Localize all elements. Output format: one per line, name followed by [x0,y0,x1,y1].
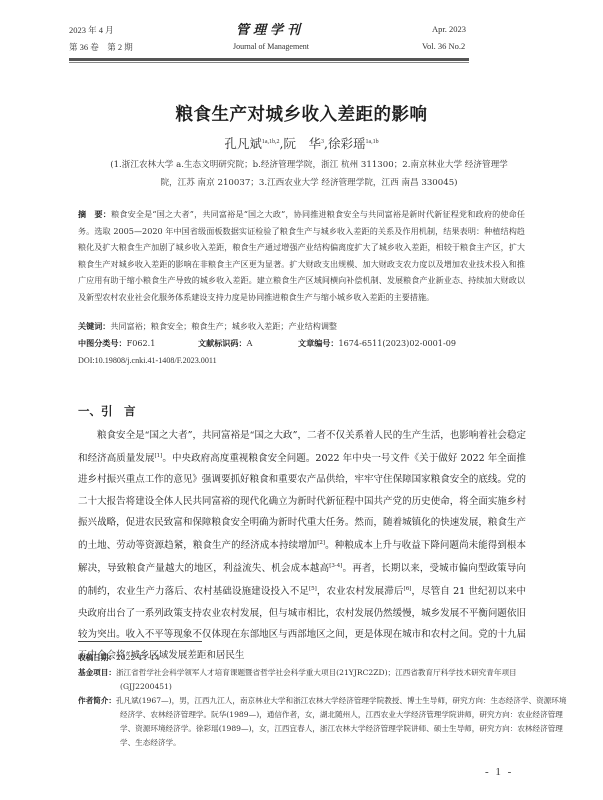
header-volume-cn: 第 36 卷 第 2 期 [69,41,133,53]
footnote-fund: 基金项目：浙江省哲学社会科学领军人才培育课题暨省哲学社会科学重大项目(21YJR… [78,666,568,694]
doc-code-label: 文献标识码： [198,338,247,348]
author-affil-sup: 1a,1b,2 [262,139,280,145]
author-name: 阮 华 [283,136,321,151]
body-paragraph: 粮食安全是“国之大者”，共同富裕是“国之大政”，二者不仅关系着人民的生产生活，也… [78,425,526,666]
received-date: 2022-11-14 [116,653,160,662]
clc-label: 中图分类号： [78,338,127,348]
citation[interactable]: [5] [309,586,317,592]
classification-line: 中图分类号：F062.1文献标识码：A文章编号：1674-6511(2023)0… [78,338,528,349]
citation[interactable]: [2] [317,540,325,546]
footnote-rule [78,641,202,642]
author-name: 孔凡斌 [224,136,262,151]
paper-page: 2023 年 4 月 第 36 卷 第 2 期 管理学刊 Journal of … [0,0,603,800]
keywords: 关键词：共同富裕；粮食安全；粮食生产；城乡收入差距；产业结构调整 [78,321,337,332]
body-text: ，农业农村发展滞后 [317,586,404,597]
received-label: 收稿日期： [78,653,116,662]
keywords-label: 关键词： [78,321,110,331]
author-bio-label: 作者简介： [78,696,116,705]
author-bio-text: 孔凡斌(1967—)，男，江西九江人，南京林业大学和浙江农林大学经济管理学院教授… [116,696,567,747]
footnote-received: 收稿日期：2022-11-14 [78,651,526,665]
author-list: 孔凡斌1a,1b,2,阮 华3,徐彩瑶1a,1b [0,134,603,152]
page-number: - 1 - [485,766,513,778]
header-volume-en: Vol. 36 No.2 [422,41,465,51]
affiliations: (1.浙江农林大学 a.生态文明研究院；b.经济管理学院，浙江 杭州 31130… [104,156,514,192]
doi: DOI:10.19808/j.cnki.41-1408/F.2023.0011 [78,356,217,365]
article-no-value: 1674-6511(2023)02-0001-09 [338,338,456,348]
clc-value: F062.1 [127,338,156,348]
header-rule-thin [69,62,469,63]
header-date-en: Apr. 2023 [432,24,466,34]
article-title: 粮食生产对城乡收入差距的影响 [0,101,603,126]
body-text: ，尽管自 21 世纪初以来中央政府出台了一系列政策支持农业农村发展，但与城市相比… [78,586,526,661]
body-text: 。中央政府高度重视粮食安全问题。2022 年中央一号文件《关于做好 2022 年… [78,453,526,551]
header-date-cn: 2023 年 4 月 [69,24,114,36]
keywords-text: 共同富裕；粮食安全；粮食生产；城乡收入差距；产业结构调整 [110,321,337,331]
author-affil-sup: 1a,1b [366,139,379,145]
footnote-author-bio: 作者简介：孔凡斌(1967—)，男，江西九江人，南京林业大学和浙江农林大学经济管… [78,694,568,750]
author-name: 徐彩瑶 [328,136,366,151]
doc-code-value: A [247,338,253,348]
fund-text: 浙江省哲学社会科学领军人才培育课题暨省哲学社会科学重大项目(21YJRC2ZD)… [116,668,517,691]
abstract-text: 粮食安全是“国之大者”，共同富裕是“国之大政”，协同推进粮食安全与共同富裕是新时… [78,209,525,302]
section-heading-introduction: 一、引 言 [78,403,136,419]
abstract: 摘 要：粮食安全是“国之大者”，共同富裕是“国之大政”，协同推进粮食安全与共同富… [78,206,525,305]
header-rule-thick [69,58,469,61]
abstract-label: 摘 要： [78,209,111,219]
article-no-label: 文章编号： [298,338,338,348]
fund-label: 基金项目： [78,668,116,677]
citation[interactable]: [3-4] [329,563,342,569]
journal-logo-cn: 管理学刊 [236,19,304,38]
journal-name-en: Journal of Management [233,42,309,51]
